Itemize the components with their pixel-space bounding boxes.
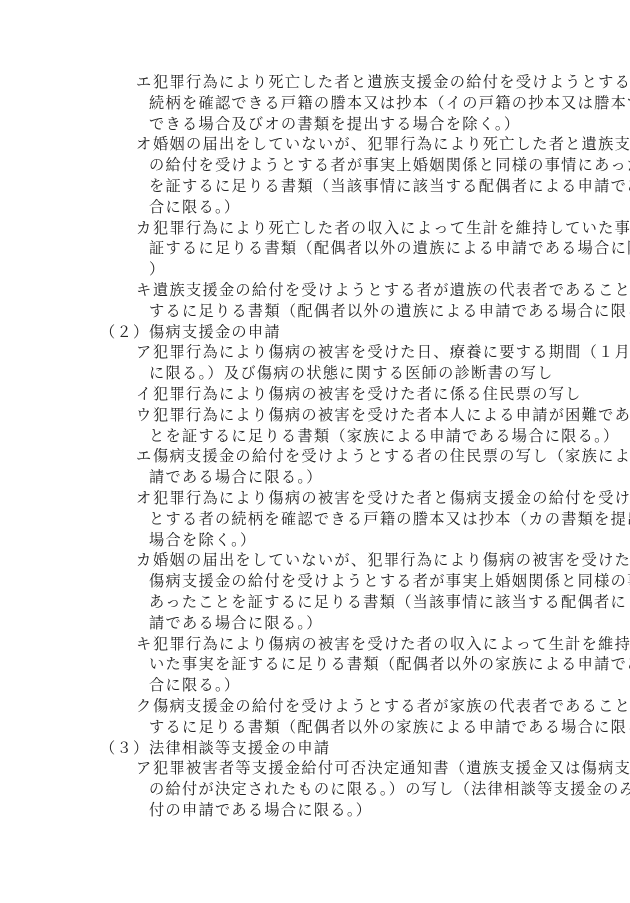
section-2-heading: 傷病支援金の申請 [149, 322, 281, 343]
document-page: エ 犯罪行為により死亡した者と遺族支援金の給付を受けようとする者の 続柄を確認で… [0, 0, 630, 903]
list-item-ka-livelihood: カ [136, 218, 153, 239]
item-text-continued: 傷病支援金の給付を受けようとする者が事実上婚姻関係と同様の事情に [149, 571, 630, 592]
item-text: 犯罪被害者等支援金給付可否決定通知書（遺族支援金又は傷病支援金 [153, 758, 630, 779]
item-text-continued: 付の申請である場合に限る。） [149, 800, 372, 821]
item-label: エ [136, 73, 153, 91]
list-item-e-death: エ [136, 72, 153, 93]
item-label: ア [136, 343, 153, 361]
item-label: キ [136, 281, 153, 299]
item-text-continued: の給付を受けようとする者が事実上婚姻関係と同様の事情にあったこと [149, 155, 630, 176]
item-text: 犯罪行為により死亡した者の収入によって生計を維持していた事実を [153, 218, 630, 239]
section-3-heading: 法律相談等支援金の申請 [149, 738, 330, 759]
item-text: 婚姻の届出をしていないが、犯罪行為により傷病の被害を受けた者と [153, 550, 630, 571]
item-text-continued: できる場合及びオの書類を提出する場合を除く。） [149, 114, 520, 135]
item-text-continued: の給付が決定されたものに限る。）の写し（法律相談等支援金のみの給 [149, 779, 630, 800]
section-3-label: （３） [100, 738, 149, 759]
item-text-continued: を証するに足りる書類（当該事情に該当する配偶者による申請である場 [149, 176, 630, 197]
item-text-continued: あったことを証するに足りる書類（当該事情に該当する配偶者による申 [149, 592, 630, 613]
item-label: オ [136, 135, 153, 153]
item-text-continued: 合に限る。） [149, 197, 240, 218]
list-item-ki-livelihood: キ [136, 634, 153, 655]
item-text: 犯罪行為により傷病の被害を受けた者に係る住民票の写し [153, 384, 582, 405]
item-text: 傷病支援金の給付を受けようとする者の住民票の写し（家族による申 [153, 446, 630, 467]
item-text: 犯罪行為により傷病の被害を受けた者と傷病支援金の給付を受けよう [153, 488, 630, 509]
item-text: 傷病支援金の給付を受けようとする者が家族の代表者であることを証 [153, 696, 630, 717]
item-text-continued: とを証するに足りる書類（家族による申請である場合に限る。） [149, 426, 620, 447]
item-text-continued: に限る。）及び傷病の状態に関する医師の診断書の写し [149, 363, 554, 384]
item-text: 犯罪行為により傷病の被害を受けた者の収入によって生計を維持して [153, 634, 630, 655]
list-item-e-residence: エ [136, 446, 153, 467]
list-item-u-difficulty: ウ [136, 405, 153, 426]
item-text-continued: するに足りる書類（配偶者以外の家族による申請である場合に限る。） [149, 717, 630, 738]
section-2-label: （２） [100, 322, 149, 343]
item-text-continued: いた事実を証するに足りる書類（配偶者以外の家族による申請である場 [149, 654, 630, 675]
item-text-continued: 請である場合に限る。） [149, 467, 323, 488]
item-label: キ [136, 635, 153, 653]
list-item-o-family-register: オ [136, 488, 153, 509]
item-text-continued: 合に限る。） [149, 675, 240, 696]
item-label: エ [136, 447, 153, 465]
item-text-continued: 続柄を確認できる戸籍の謄本又は抄本（イの戸籍の抄本又は謄本で確認 [149, 93, 630, 114]
list-item-ku-representative: ク [136, 696, 153, 717]
item-text-continued: 場合を除く。） [149, 530, 257, 551]
item-text-continued: とする者の続柄を確認できる戸籍の謄本又は抄本（カの書類を提出する [149, 509, 630, 530]
item-label: ク [136, 697, 153, 715]
list-item-a-decision-notice: ア [136, 758, 153, 779]
list-item-i-residence: イ [136, 384, 153, 405]
item-label: イ [136, 385, 153, 403]
item-text: 犯罪行為により傷病の被害を受けた者本人による申請が困難であるこ [153, 405, 630, 426]
item-text: 犯罪行為により死亡した者と遺族支援金の給付を受けようとする者の [153, 72, 630, 93]
list-item-ki-representative: キ [136, 280, 153, 301]
item-text: 犯罪行為により傷病の被害を受けた日、療養に要する期間（１月以上 [153, 342, 630, 363]
item-text-continued: するに足りる書類（配偶者以外の遺族による申請である場合に限る。） [149, 301, 630, 322]
item-text-continued: 請である場合に限る。） [149, 613, 323, 634]
list-item-a-medical: ア [136, 342, 153, 363]
item-text: 婚姻の届出をしていないが、犯罪行為により死亡した者と遺族支援金 [153, 134, 630, 155]
item-label: カ [136, 551, 153, 569]
item-label: ア [136, 759, 153, 777]
list-item-ka-marriage: カ [136, 550, 153, 571]
item-label: カ [136, 219, 153, 237]
item-text-continued: 証するに足りる書類（配偶者以外の遺族による申請である場合に限る。 [149, 238, 630, 259]
item-label: ウ [136, 406, 153, 424]
item-text-continued: ） [149, 259, 166, 280]
list-item-o-marriage: オ [136, 134, 153, 155]
item-label: オ [136, 489, 153, 507]
item-text: 遺族支援金の給付を受けようとする者が遺族の代表者であることを証 [153, 280, 630, 301]
